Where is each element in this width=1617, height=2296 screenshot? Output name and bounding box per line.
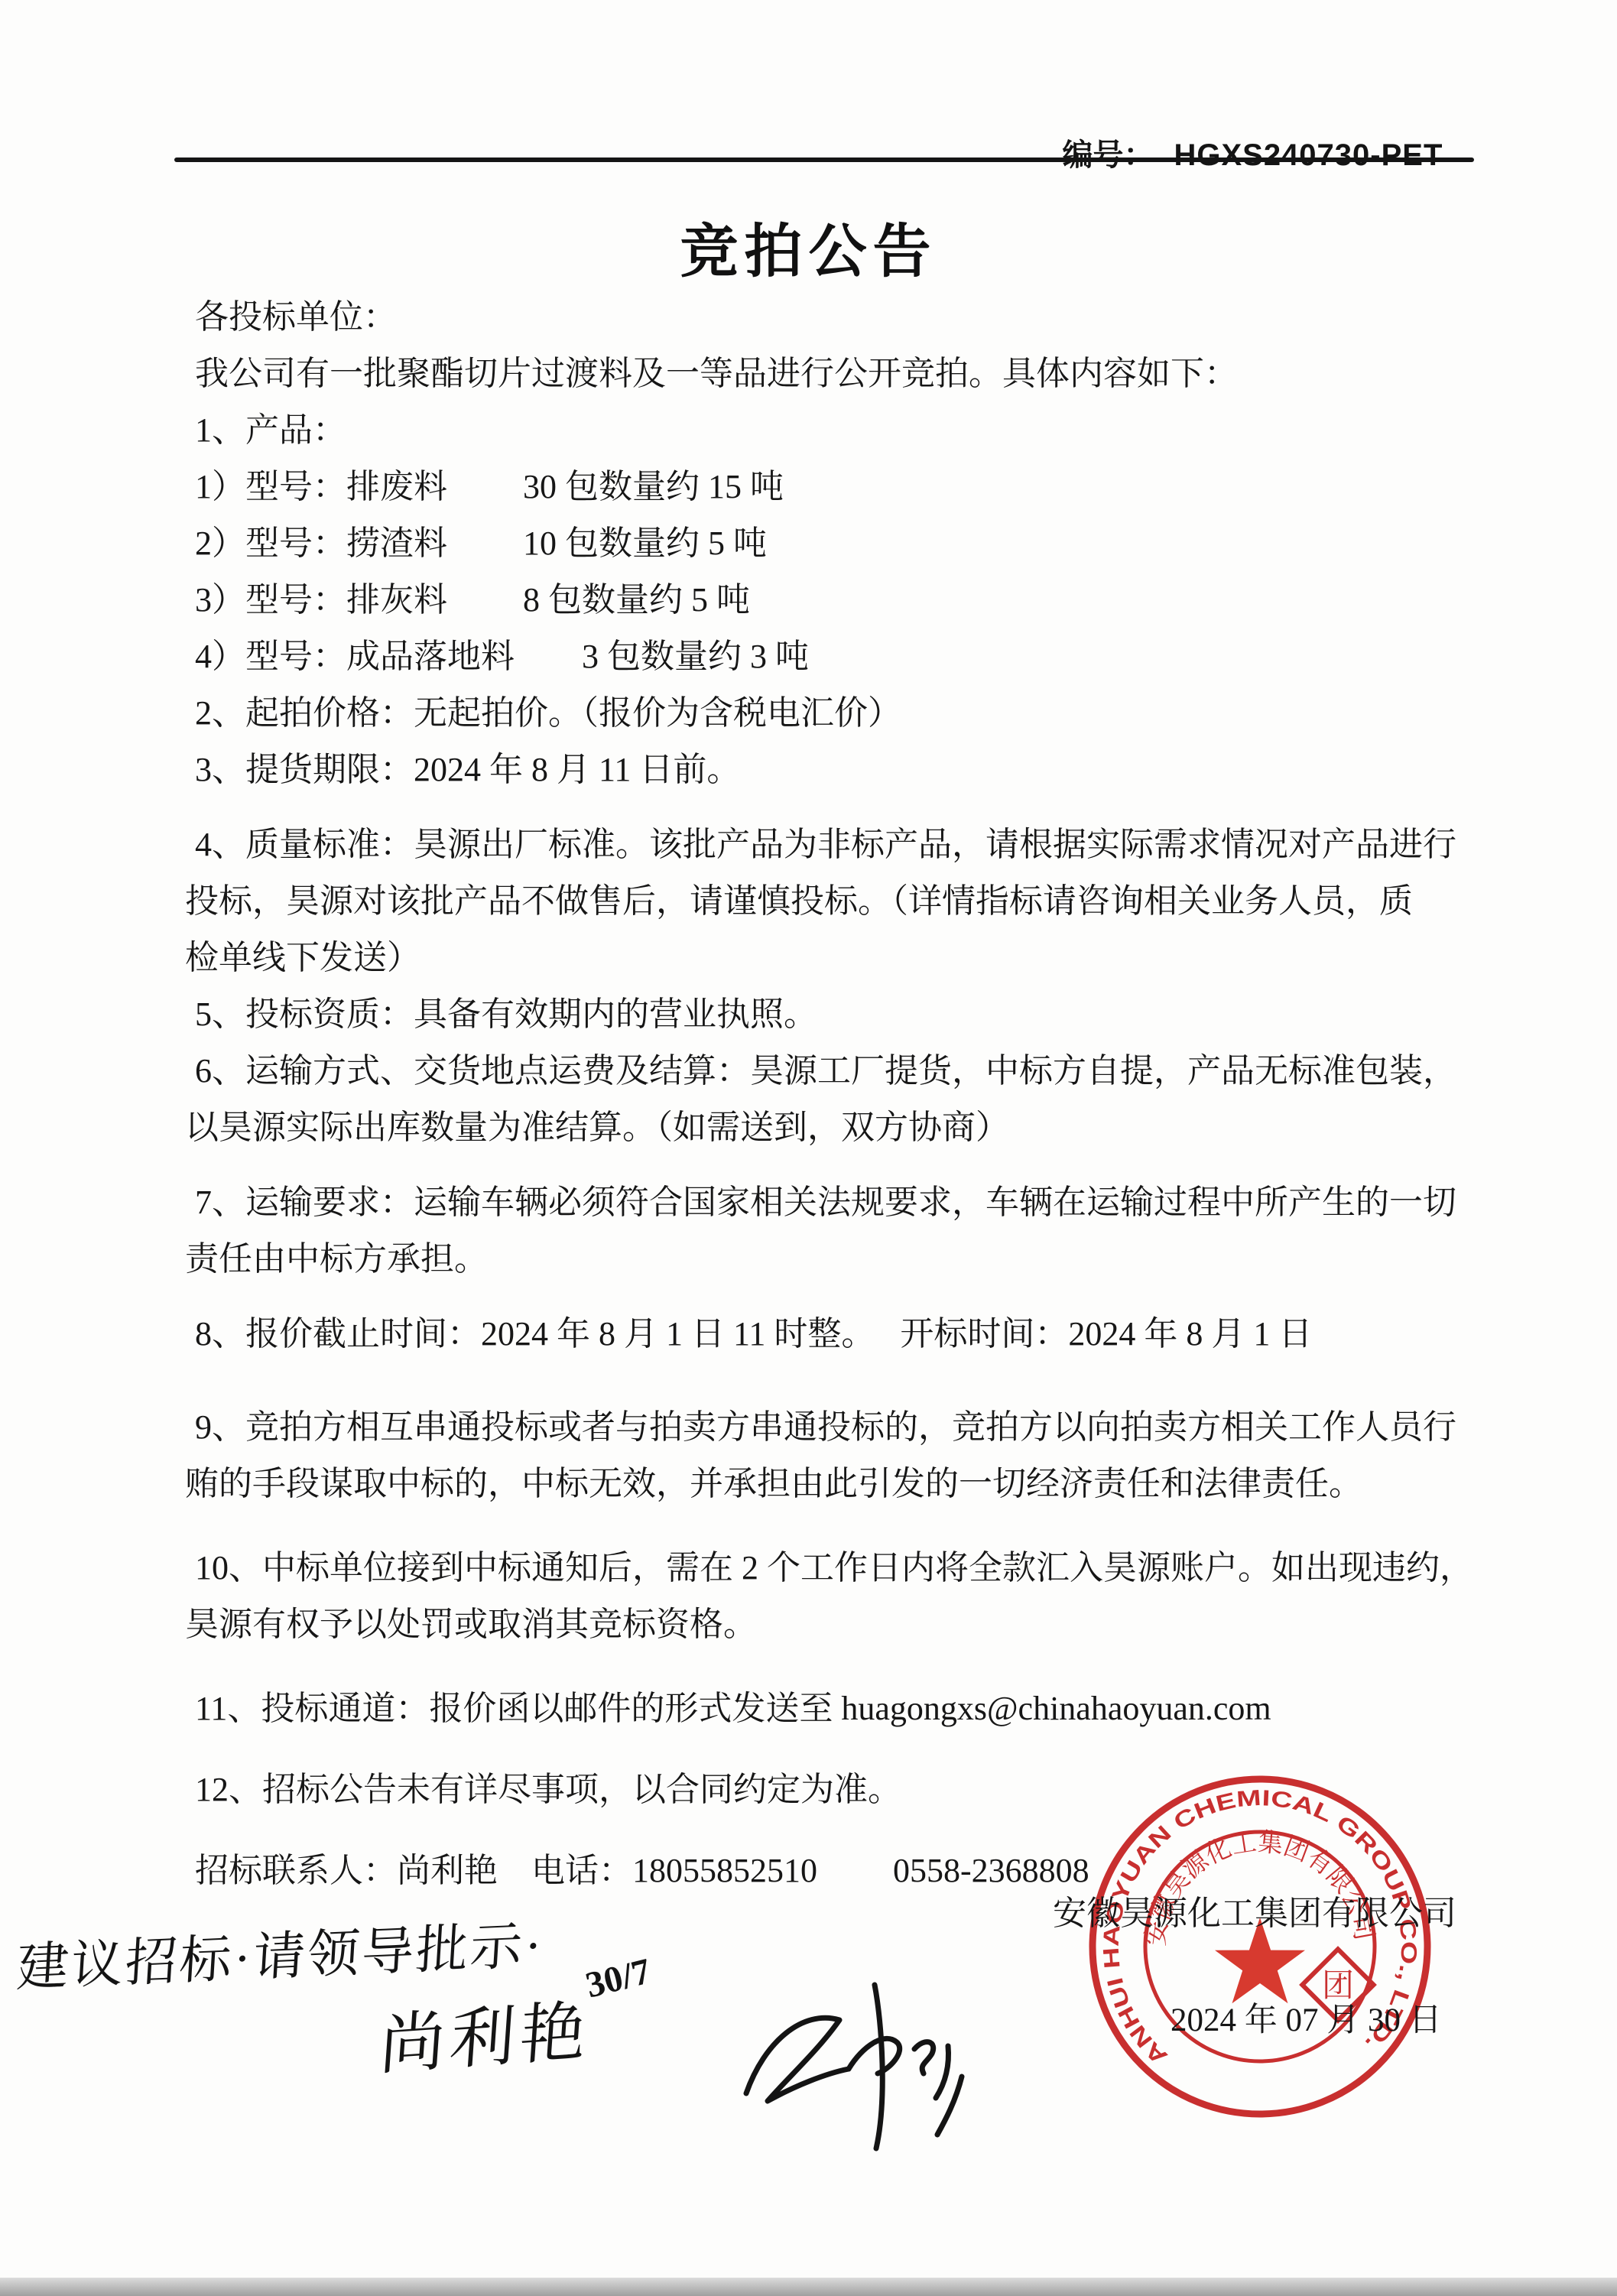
- body-line: 5、投标资质：具备有效期内的营业执照。: [195, 995, 1510, 1034]
- body-line: 3、提货期限：2024 年 8 月 11 日前。: [195, 751, 1510, 789]
- scan-edge: [0, 2278, 1617, 2296]
- company-name: 安徽昊源化工集团有限公司: [1053, 1885, 1456, 1934]
- body-line: 3）型号：排灰料 8 包数量约 5 吨: [195, 581, 1510, 619]
- body-line: 责任由中标方承担。: [185, 1240, 1500, 1278]
- body-line: 1、产品：: [195, 411, 1510, 450]
- body-line: 6、运输方式、交货地点运费及结算：昊源工厂提货，中标方自提，产品无标准包装，: [195, 1052, 1510, 1090]
- divider: [174, 158, 1474, 162]
- company-seal: ANHUI HAOYUAN CHEMICAL GROUP CO., LTD. 安…: [1084, 1771, 1439, 2126]
- body-line: 昊源有权予以处罚或取消其竞标资格。: [185, 1606, 1500, 1644]
- body-line: 我公司有一批聚酯切片过渡料及一等品进行公开竞拍。具体内容如下：: [195, 355, 1510, 393]
- body-line: 4、质量标准：昊源出厂标准。该批产品为非标产品，请根据实际需求情况对产品进行: [195, 826, 1510, 864]
- body-line: 8、报价截止时间：2024 年 8 月 1 日 11 时整。 开标时间：2024…: [195, 1315, 1510, 1353]
- issue-date: 2024 年 07 月 30 日: [1171, 1994, 1442, 2041]
- doc-ref-label: 编号：: [1062, 138, 1154, 172]
- doc-ref-line: 编号：HGXS240730-PET: [1028, 96, 1443, 209]
- doc-ref-code: HGXS240730-PET: [1174, 138, 1443, 172]
- body-line: 以昊源实际出库数量为准结算。（如需送到，双方协商）: [185, 1109, 1500, 1147]
- body-line: 各投标单位：: [195, 298, 1510, 336]
- body-line: 7、运输要求：运输车辆必须符合国家相关法规要求，车辆在运输过程中所产生的一切: [195, 1184, 1510, 1222]
- page-title: 竞拍公告: [0, 205, 1617, 288]
- cursive-signature: [732, 1979, 969, 2155]
- body-line: 检单线下发送）: [185, 939, 1500, 977]
- body-line: 1）型号：排废料 30 包数量约 15 吨: [195, 468, 1510, 506]
- body-line: 贿的手段谋取中标的，中标无效，并承担由此引发的一切经济责任和法律责任。: [185, 1465, 1500, 1503]
- body-line: 10、中标单位接到中标通知后，需在 2 个工作日内将全款汇入昊源账户。如出现违约…: [195, 1549, 1510, 1587]
- body-line: 2）型号：捞渣料 10 包数量约 5 吨: [195, 524, 1510, 563]
- body-line: 9、竞拍方相互串通投标或者与拍卖方串通投标的，竞拍方以向拍卖方相关工作人员行: [195, 1408, 1510, 1447]
- body-line: 11、投标通道：报价函以邮件的形式发送至 huagongxs@chinahaoy…: [195, 1690, 1510, 1728]
- signature-shang-liyan: 尚利艳: [377, 1977, 594, 2087]
- body-line: 4）型号：成品落地料 3 包数量约 3 吨: [195, 638, 1510, 676]
- signature-date-mark: 30/7: [582, 1950, 655, 2006]
- scanned-document: 编号：HGXS240730-PET 竞拍公告 各投标单位： 我公司有一批聚酯切片…: [0, 0, 1617, 2296]
- body-line: 投标，昊源对该批产品不做售后，请谨慎投标。（详情指标请咨询相关业务人员，质: [185, 882, 1500, 921]
- body-line: 2、起拍价格：无起拍价。（报价为含税电汇价）: [195, 694, 1510, 732]
